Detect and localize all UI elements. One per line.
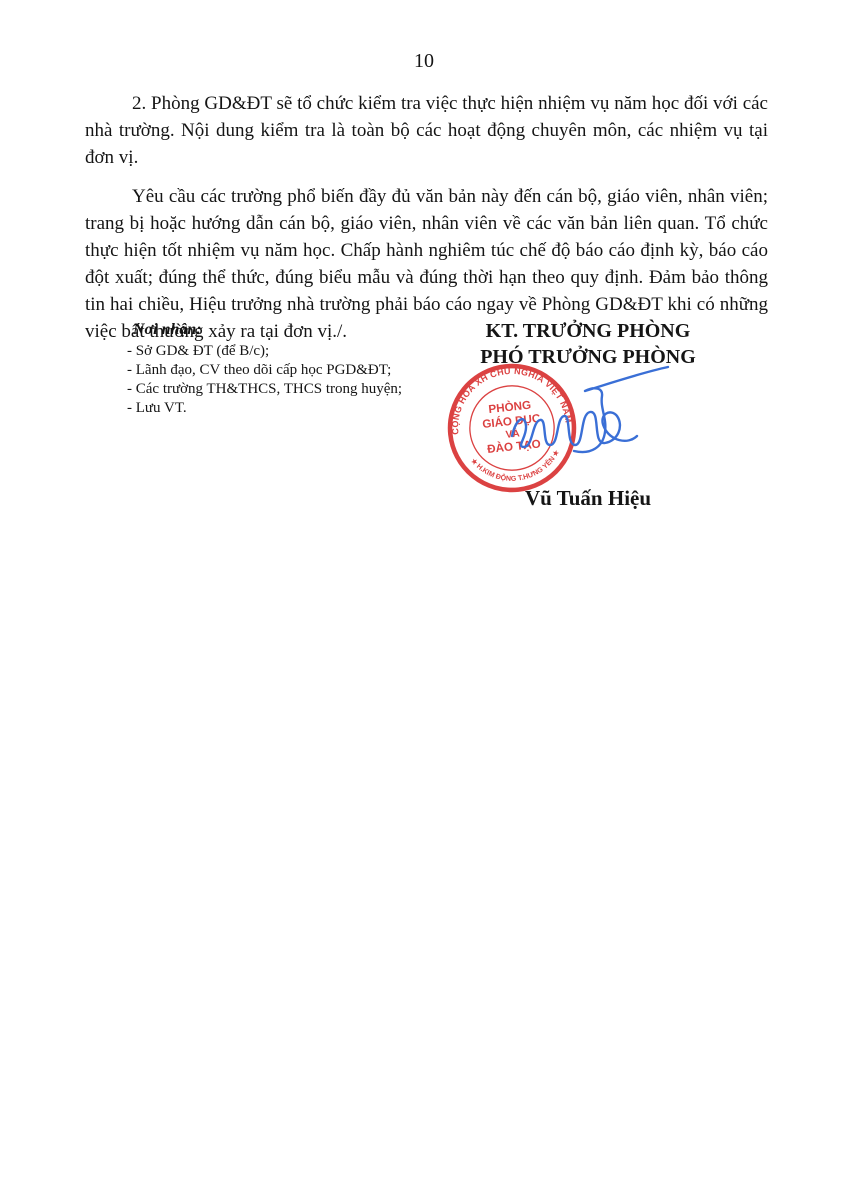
page-number: 10 xyxy=(0,50,848,73)
signer-name: Vũ Tuấn Hiệu xyxy=(458,486,718,511)
handwritten-signature-icon xyxy=(498,360,676,464)
recipients-heading: Nơi nhận: xyxy=(127,320,457,339)
document-page: { "page": { "number": "10" }, "body": { … xyxy=(0,0,848,1200)
signature-stroke-loops xyxy=(512,412,637,447)
recipient-item: - Lãnh đạo, CV theo dõi cấp học PGD&ĐT; xyxy=(127,361,457,380)
signature-title-line1: KT. TRƯỞNG PHÒNG xyxy=(458,318,718,344)
recipients-block: Nơi nhận: - Sở GD& ĐT (để B/c); - Lãnh đ… xyxy=(127,320,457,418)
paragraph-inspection: 2. Phòng GD&ĐT sẽ tổ chức kiểm tra việc … xyxy=(85,90,768,171)
recipient-item: - Lưu VT. xyxy=(127,399,457,418)
recipient-item: - Các trường TH&THCS, THCS trong huyện; xyxy=(127,380,457,399)
document-body: 2. Phòng GD&ĐT sẽ tổ chức kiểm tra việc … xyxy=(85,90,768,357)
recipient-item: - Sở GD& ĐT (để B/c); xyxy=(127,342,457,361)
